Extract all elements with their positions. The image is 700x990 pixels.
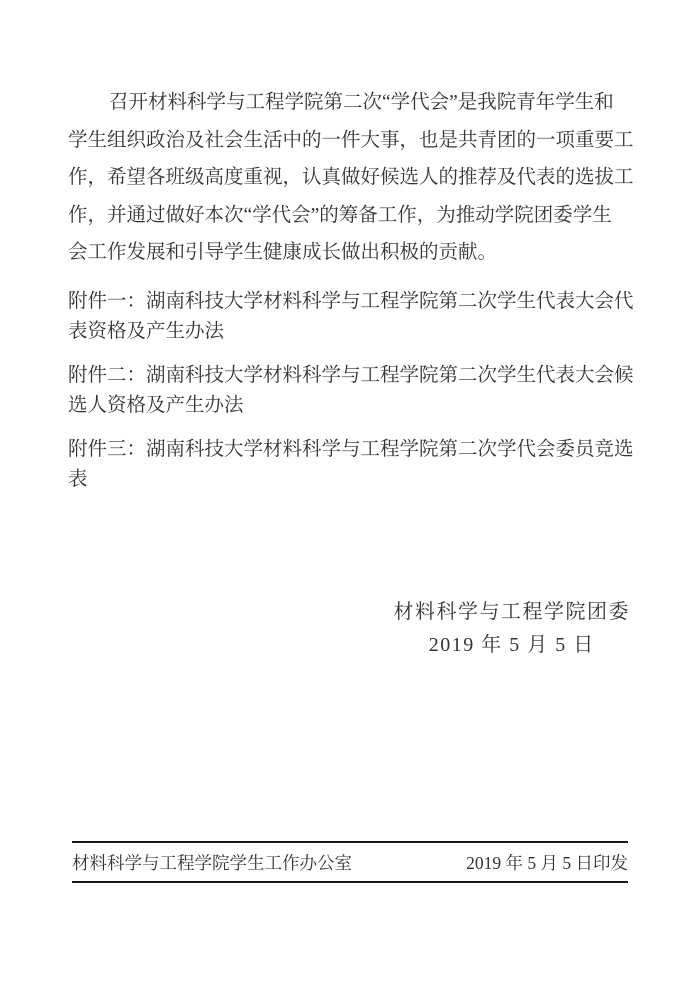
paragraph-line: 会工作发展和引导学生健康成长做出积极的贡献。 <box>68 234 634 272</box>
paragraph-line: 作，并通过做好本次“学代会”的筹备工作，为推动学院团委学生 <box>68 197 634 235</box>
body-paragraph: 召开材料科学与工程学院第二次“学代会”是我院青年学生和 学生组织政治及社会生活中… <box>68 84 634 272</box>
attachment-line: 附件三：湖南科技大学材料科学与工程学院第二次学代会委员竞选 <box>68 435 634 465</box>
attachment-item-3: 附件三：湖南科技大学材料科学与工程学院第二次学代会委员竞选 表 <box>68 435 634 495</box>
colophon-footer: 材料科学与工程学院学生工作办公室 2019 年 5 月 5 日印发 <box>72 841 628 883</box>
attachment-item-1: 附件一：湖南科技大学材料科学与工程学院第二次学生代表大会代 表资格及产生办法 <box>68 287 634 347</box>
paragraph-line: 召开材料科学与工程学院第二次“学代会”是我院青年学生和 <box>68 84 634 122</box>
attachment-item-2: 附件二：湖南科技大学材料科学与工程学院第二次学生代表大会候 选人资格及产生办法 <box>68 361 634 421</box>
attachment-line: 表 <box>68 465 634 495</box>
attachment-line: 表资格及产生办法 <box>68 317 634 347</box>
attachment-list: 附件一：湖南科技大学材料科学与工程学院第二次学生代表大会代 表资格及产生办法 附… <box>68 287 634 509</box>
document-page: 召开材料科学与工程学院第二次“学代会”是我院青年学生和 学生组织政治及社会生活中… <box>0 0 700 990</box>
attachment-line: 附件二：湖南科技大学材料科学与工程学院第二次学生代表大会候 <box>68 361 634 391</box>
issuing-office: 材料科学与工程学院学生工作办公室 <box>72 850 352 875</box>
signature-date: 2019 年 5 月 5 日 <box>394 629 631 662</box>
attachment-line: 附件一：湖南科技大学材料科学与工程学院第二次学生代表大会代 <box>68 287 634 317</box>
print-date: 2019 年 5 月 5 日印发 <box>466 850 628 875</box>
signature-organization: 材料科学与工程学院团委 <box>394 596 631 629</box>
attachment-line: 选人资格及产生办法 <box>68 391 634 421</box>
paragraph-line: 作，希望各班级高度重视，认真做好候选人的推荐及代表的选拔工 <box>68 159 634 197</box>
paragraph-line: 学生组织政治及社会生活中的一件大事，也是共青团的一项重要工 <box>68 122 634 160</box>
signature-block: 材料科学与工程学院团委 2019 年 5 月 5 日 <box>394 596 631 662</box>
